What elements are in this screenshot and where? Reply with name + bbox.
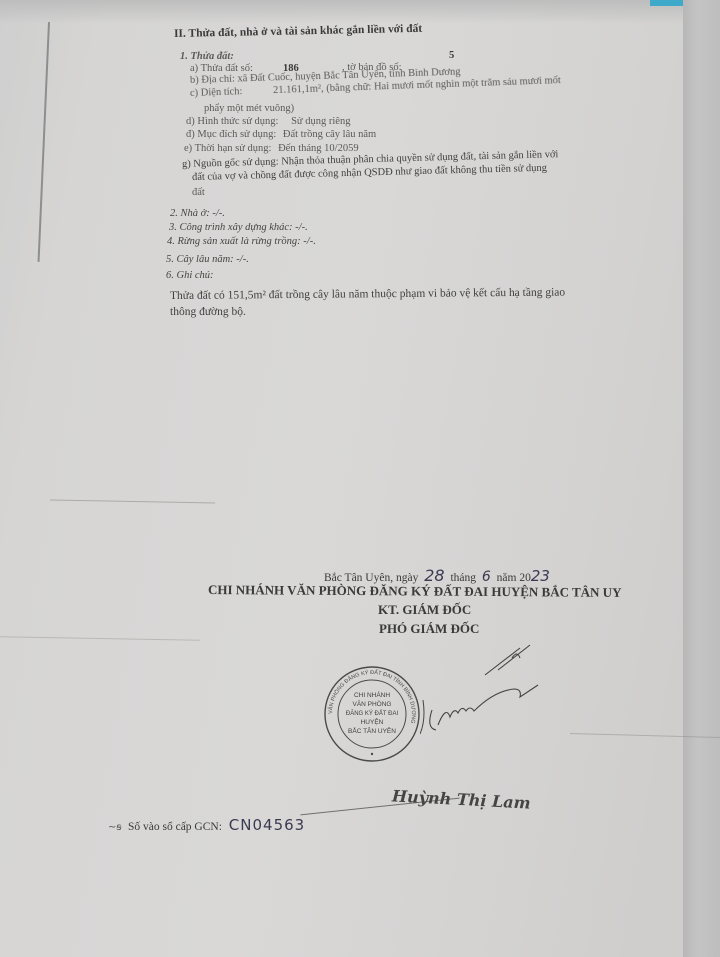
purpose-value: Đất trồng cây lâu năm: [283, 129, 376, 140]
signatory-name: Huỳnh Thị Lam: [392, 786, 531, 812]
page-fold: [683, 0, 720, 957]
item-other-construction: 3. Công trình xây dựng khác: -/-.: [169, 222, 308, 233]
blue-tab: [650, 0, 686, 6]
map-sheet-number: 5: [449, 50, 454, 61]
registry-row: Số vào sổ cấp GCN: CN04563: [128, 816, 305, 834]
svg-text:ĐĂNG KÝ ĐẤT ĐAI: ĐĂNG KÝ ĐẤT ĐAI: [346, 710, 399, 717]
year-handwritten: 23: [531, 567, 550, 585]
note-line2: thông đường bộ.: [170, 306, 246, 318]
svg-text:CHI NHÁNH: CHI NHÁNH: [354, 690, 390, 699]
issuing-office: CHI NHÁNH VĂN PHÒNG ĐĂNG KÝ ĐẤT ĐAI HUYỆ…: [208, 582, 622, 601]
parcel-heading: 1. Thửa đất:: [180, 51, 234, 62]
area-label: c) Diện tích:: [190, 86, 243, 99]
section-title: II. Thửa đất, nhà ở và tài sản khác gắn …: [174, 23, 422, 40]
origin-label: g) Nguồn gốc sử dụng:: [182, 156, 279, 170]
signer-title-2: PHÓ GIÁM ĐỐC: [379, 621, 479, 637]
fold-line: [50, 500, 215, 504]
document-photo: II. Thửa đất, nhà ở và tài sản khác gắn …: [0, 0, 720, 957]
svg-text:HUYỆN: HUYỆN: [361, 717, 384, 726]
registry-number: CN04563: [229, 816, 305, 834]
purpose-row: đ) Mục đích sử dụng: Đất trồng cây lâu n…: [186, 129, 376, 140]
svg-text:VĂN PHÒNG: VĂN PHÒNG: [352, 699, 391, 708]
purpose-label: đ) Mục đích sử dụng:: [186, 129, 276, 140]
signer-title-1: KT. GIÁM ĐỐC: [378, 602, 471, 618]
note-line1: Thửa đất có 151,5m² đất trồng cây lâu nă…: [170, 287, 565, 302]
origin-value-line3: đất: [192, 187, 205, 198]
term-label: e) Thời hạn sử dụng:: [184, 143, 271, 154]
item-production-forest: 4. Rừng sản xuất là rừng trồng: -/-.: [167, 236, 316, 247]
item-perennial-trees: 5. Cây lâu năm: -/-.: [166, 254, 249, 265]
area-value-cont: phẩy một mét vuông): [204, 103, 294, 114]
paper-edge: [38, 22, 50, 262]
svg-text:BẮC TÂN UYÊN: BẮC TÂN UYÊN: [348, 726, 396, 735]
registry-label: Số vào sổ cấp GCN:: [128, 821, 222, 833]
term-value: Đến tháng 10/2059: [278, 143, 359, 154]
item-house: 2. Nhà ở: -/-.: [170, 208, 225, 219]
month-handwritten: 6: [482, 569, 491, 585]
term-row: e) Thời hạn sử dụng: Đến tháng 10/2059: [184, 143, 359, 154]
address-label: b) Địa chỉ:: [190, 74, 235, 86]
year-label: năm 20: [497, 572, 531, 584]
fold-line: [0, 636, 200, 640]
item-notes: 6. Ghi chú:: [166, 270, 214, 281]
usage-form-value: Sử dụng riêng: [291, 116, 350, 127]
initials-scribble: ~ꞩ: [108, 822, 122, 833]
signature: [420, 640, 570, 750]
usage-form-row: d) Hình thức sử dụng: Sử dụng riêng: [186, 116, 350, 127]
official-stamp: VĂN PHÒNG ĐĂNG KÝ ĐẤT ĐAI TỈNH BÌNH DƯƠN…: [322, 664, 422, 764]
day-handwritten: 28: [424, 566, 444, 585]
month-label: tháng: [450, 572, 476, 584]
usage-form-label: d) Hình thức sử dụng:: [186, 116, 278, 127]
page-shadow: [0, 0, 720, 24]
